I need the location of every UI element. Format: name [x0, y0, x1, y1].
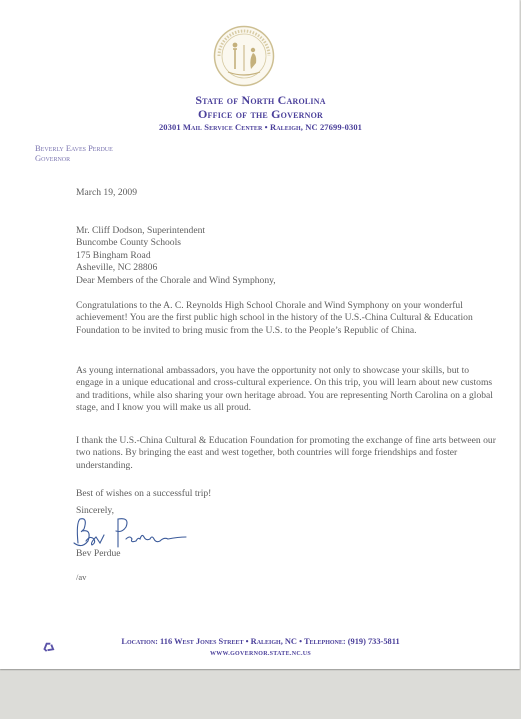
governor-block: Beverly Eaves Perdue Governor — [35, 143, 113, 163]
typist-initials: /av — [76, 571, 86, 583]
footer-website: WWW.GOVERNOR.STATE.NC.US — [0, 651, 521, 657]
recipient-line: 175 Bingham Road — [76, 250, 205, 262]
signature-icon — [70, 513, 190, 553]
letterhead-office: Office of the Governor — [0, 107, 521, 122]
recipient-address: Mr. Cliff Dodson, Superintendent Buncomb… — [76, 225, 205, 275]
recipient-line: Asheville, NC 28806 — [76, 262, 205, 274]
paragraph-ambassadors: As young international ambassadors, you … — [76, 365, 496, 415]
governor-name: Beverly Eaves Perdue — [35, 143, 113, 153]
letter-date: March 19, 2009 — [76, 187, 137, 199]
letterhead-mail-address: 20301 Mail Service Center • Raleigh, NC … — [0, 122, 521, 132]
salutation: Dear Members of the Chorale and Wind Sym… — [76, 275, 276, 287]
letterhead-state: State of North Carolina — [0, 93, 521, 108]
signer-name: Bev Perdue — [76, 548, 121, 560]
footer-location: Location: 116 West Jones Street • Raleig… — [0, 637, 521, 646]
paragraph-thanks: I thank the U.S.-China Cultural & Educat… — [76, 435, 496, 472]
state-seal-icon — [213, 25, 275, 87]
closing-wish: Best of wishes on a successful trip! — [76, 488, 211, 500]
letter-page: State of North Carolina Office of the Go… — [0, 0, 520, 669]
governor-title: Governor — [35, 153, 113, 163]
recipient-line: Mr. Cliff Dodson, Superintendent — [76, 225, 205, 237]
recipient-line: Buncombe County Schools — [76, 237, 205, 249]
paragraph-congratulations: Congratulations to the A. C. Reynolds Hi… — [76, 300, 496, 337]
